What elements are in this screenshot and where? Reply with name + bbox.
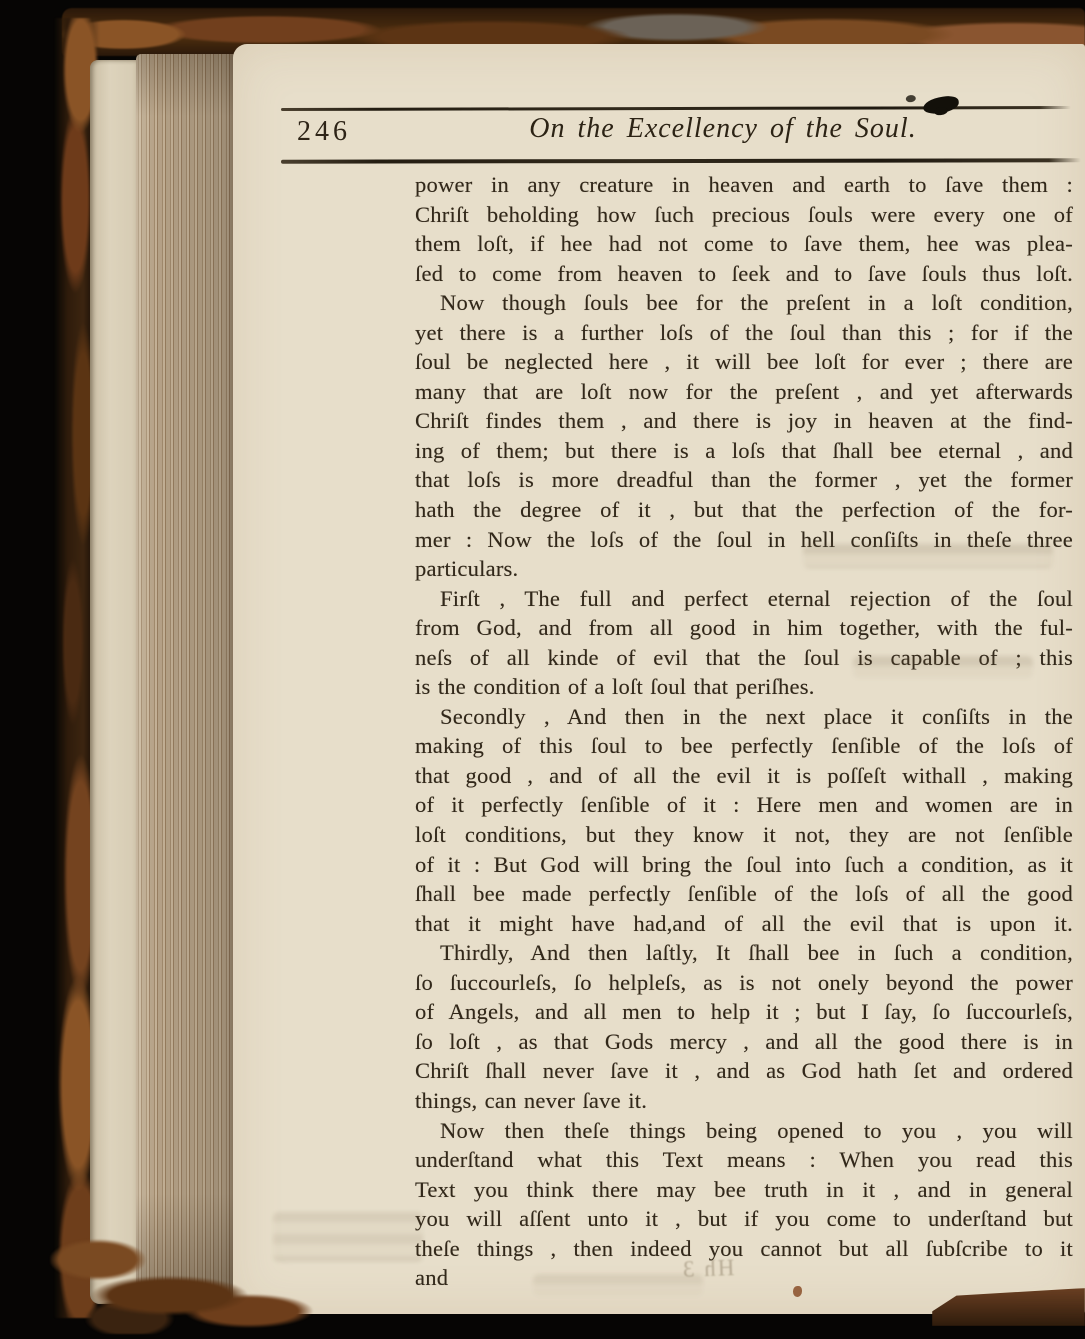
ink-showthrough-smudge	[803, 544, 1053, 568]
page-number: 246	[297, 116, 351, 148]
running-head-title: On the Excellency of the Soul.	[461, 113, 985, 145]
text-line: Firſt , The full and perfect eternal rej…	[415, 584, 1073, 614]
text-line: Secondly , And then in the next place it…	[415, 702, 1073, 732]
text-line: making of this ſoul to bee perfectly ſen…	[415, 731, 1073, 761]
text-line: ſo loſt , as that Gods mercy , and all t…	[415, 1027, 1073, 1057]
text-line: many that are loſt now for the preſent ,…	[415, 377, 1073, 407]
text-line: that it might have had,and of all the ev…	[415, 909, 1073, 939]
text-lines: power in any creature in heaven and eart…	[415, 170, 1073, 1263]
ink-showthrough-smudge	[533, 1274, 703, 1296]
text-line: you will aſſent unto it , but if you com…	[415, 1204, 1073, 1234]
stain-speck	[793, 1286, 802, 1297]
ink-showthrough-smudge	[853, 656, 1033, 678]
text-line: theſe things , then indeed you cannot bu…	[415, 1234, 1073, 1264]
dirt-speck	[647, 897, 652, 902]
text-line: power in any creature in heaven and eart…	[415, 170, 1073, 200]
text-line: of it : But God will bring the ſoul into…	[415, 850, 1073, 880]
text-line: that loſs is more dreadful than the form…	[415, 465, 1073, 495]
book-photograph: 246 On the Excellency of the Soul. power…	[0, 0, 1085, 1339]
text-line: Chriſt findes them , and there is joy in…	[415, 406, 1073, 436]
text-line: ſoul be neglected here , it will bee loſ…	[415, 347, 1073, 377]
text-line: underſtand what this Text means : When y…	[415, 1145, 1073, 1175]
text-line: loſt conditions, but they know it not, t…	[415, 820, 1073, 850]
text-line: of it perfectly ſenſible of it : Here me…	[415, 790, 1073, 820]
text-line: of Angels, and all men to help it ; but …	[415, 997, 1073, 1027]
text-line: Chriſt ſhall never ſave it , and as God …	[415, 1056, 1073, 1086]
catchword: and	[415, 1263, 1073, 1293]
text-line: Text you think there may bee truth in it…	[415, 1175, 1073, 1205]
text-line: Thirdly, And then laſtly, It ſhall bee i…	[415, 938, 1073, 968]
underlying-page-edge	[90, 60, 140, 1304]
text-line: ſhall bee made perfectly ſenſible of the…	[415, 879, 1073, 909]
text-line: yet there is a further loſs of the ſoul …	[415, 318, 1073, 348]
text-line: ing of them; but there is a loſs that ſh…	[415, 436, 1073, 466]
body-text-block: power in any creature in heaven and eart…	[415, 170, 1073, 1293]
text-line: from God, and from all good in him toget…	[415, 613, 1073, 643]
text-line: ſed to come from heaven to ſeek and to ſ…	[415, 259, 1073, 289]
text-line: Now then theſe things being opened to yo…	[415, 1116, 1073, 1146]
text-line: them loſt, if hee had not come to ſave t…	[415, 229, 1073, 259]
text-line: hath the degree of it , but that the per…	[415, 495, 1073, 525]
text-line: Now though ſouls bee for the preſent in …	[415, 288, 1073, 318]
text-line: ſo ſuccourleſs, ſo helpleſs, as is not o…	[415, 968, 1073, 998]
page-stack-fore-edge	[136, 54, 239, 1306]
text-line: things, can never ſave it.	[415, 1086, 1073, 1116]
binding-bottom-left-corner	[50, 1206, 315, 1334]
text-line: that good , and of all the evil it is po…	[415, 761, 1073, 791]
text-line: Chriſt beholding how ſuch precious ſouls…	[415, 200, 1073, 230]
header-rule-bottom	[281, 158, 1081, 163]
book-page: 246 On the Excellency of the Soul. power…	[233, 44, 1085, 1314]
